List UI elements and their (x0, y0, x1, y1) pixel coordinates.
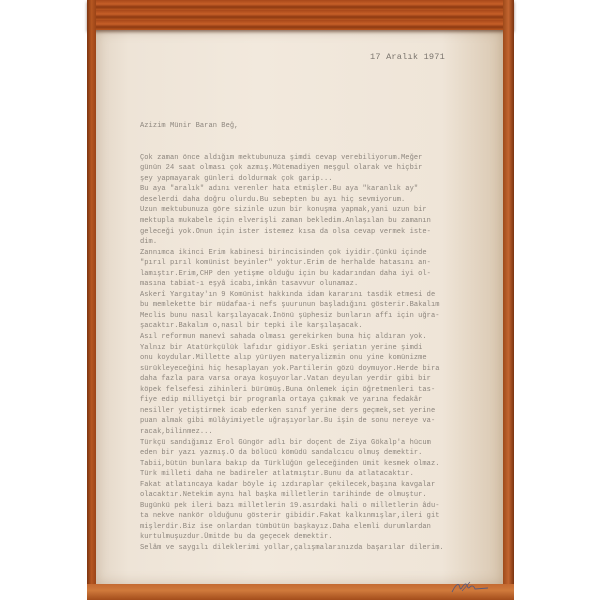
letter-line: bu memlekette bir müdafaa-i nefs şuurunu… (140, 300, 502, 311)
letter-line: mişlerdir.Biz ise onlardan tümbütün başk… (140, 522, 502, 533)
signature-icon (450, 580, 490, 594)
letter-line: dim. (140, 237, 502, 248)
letter-line: köpek felsefesi zihinleri bürümüş.Buna ö… (140, 385, 502, 396)
salutation: Azizim Münir Baran Beğ, (140, 121, 502, 132)
letter-line: Yalnız bir Atatürkçülük lafıdır gidiyor.… (140, 343, 502, 354)
letter-line: olacaktır.Netekim aynı hal başka milletl… (140, 490, 502, 501)
letter-line: şey yapmayarak günleri doldurmak çok gar… (140, 174, 502, 185)
letter-line: mektupla mukabele için elverişli zaman b… (140, 216, 502, 227)
letter-line: eden bir yazı yazmış.O da bölücü kömüdü … (140, 448, 502, 459)
letter-line: lamıştır.Erim,CHP den yetişme olduğu içi… (140, 269, 502, 280)
letter-lines: Çok zaman önce aldığım mektubunuza şimdi… (140, 153, 502, 554)
letter-line: daha fazla para varsa oraya koşuyorlar.V… (140, 374, 502, 385)
letter-line: Zannımca ikinci Erim kabinesi birincisin… (140, 248, 502, 259)
letter-line: "pırıl pırıl komünist beyinler" yoktur.E… (140, 258, 502, 269)
letter-line: Selâm ve saygılı dileklerimi yollar,çalı… (140, 543, 502, 554)
letter-line: Meclis bunu nasıl karşılayacak.İnönü şüp… (140, 311, 502, 322)
letter-line: nesiller yetiştirmek icab ederken sınıf … (140, 406, 502, 417)
letter-line: Uzun mektubunuza göre sizinle uzun bir k… (140, 205, 502, 216)
letter-date: 17 Aralık 1971 (370, 52, 445, 62)
letter-line: Türkçü sandığımız Erol Güngör adlı bir d… (140, 438, 502, 449)
frame-right-side (503, 0, 514, 600)
letter-line: ta nekve nankör olduğunu gösterir gibidi… (140, 511, 502, 522)
frame-top-molding (87, 0, 514, 30)
letter-line: deselerdi daha doğru olurdu.Bu sebepten … (140, 195, 502, 206)
letter-line: Tabii,bütün bunlara bakıp da Türklüğün g… (140, 459, 502, 470)
letter-line: günün 24 saat olması çok azmış.Mütemadiy… (140, 163, 502, 174)
letter-body: Azizim Münir Baran Beğ, Çok zaman önce a… (140, 100, 502, 564)
letter-line: şacaktır.Bakalım o,nasıl bir tepki ile k… (140, 321, 502, 332)
letter-line: masına tabiat-ı eşyâ icabı,imkân tasavvu… (140, 279, 502, 290)
letter-line: geleceği yok.Onun için ister istemez kıs… (140, 227, 502, 238)
letter-line: Askerî Yargıtay'ın 9 Komünist hakkında i… (140, 290, 502, 301)
letter-line: Bugünkü pek ileri bazı milletlerin 19.as… (140, 501, 502, 512)
letter-line: Türk milleti daha ne badireler atlatmışt… (140, 469, 502, 480)
frame-left-side (87, 0, 96, 600)
letter-line: Bu aya "aralık" adını verenler hata etmi… (140, 184, 502, 195)
letter-line: Asıl reformun manevî sahada olması gerek… (140, 332, 502, 343)
letter-line: puan almak gibi mülâyimiyetle uğraşıyorl… (140, 416, 502, 427)
letter-line: Fakat atlatıncaya kadar böyle iç ızdırap… (140, 480, 502, 491)
letter-line: racak,bilinmez... (140, 427, 502, 438)
letter-line: sürükleyeceğini hiç hesaplayan yok.Parti… (140, 364, 502, 375)
letter-line: fiye edip milliyetçi bir programla ortay… (140, 395, 502, 406)
letter-line: Çok zaman önce aldığım mektubunuza şimdi… (140, 153, 502, 164)
letter-line: kurtulmuşuzdur.Ümitde bu da geçecek deme… (140, 532, 502, 543)
letter-line: onu koydular.Millette alıp yürüyen mater… (140, 353, 502, 364)
